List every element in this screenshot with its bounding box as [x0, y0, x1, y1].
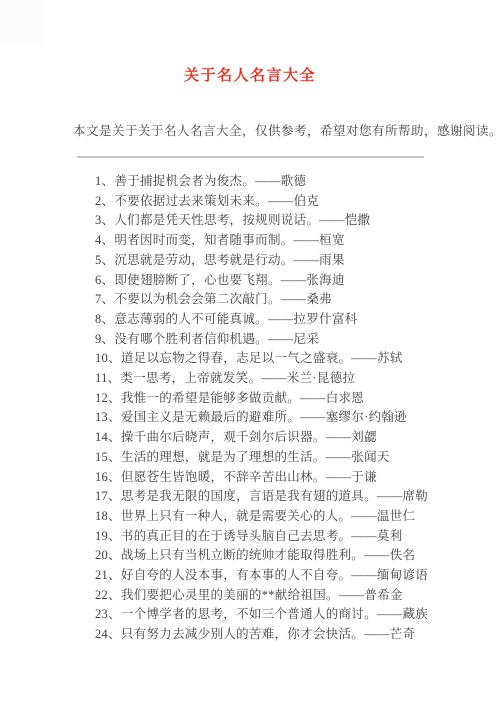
quote-item: 17、思考是我无限的国度，言语是我有翅的道具。——席勒: [95, 487, 485, 507]
quote-item: 18、世界上只有一种人，就是需要关心的人。——温世仁: [95, 507, 485, 527]
quote-item: 13、爱国主义是无赖最后的避难所。——塞缪尔·约翰逊: [95, 408, 485, 428]
quote-item: 1、善于捕捉机会者为俊杰。——歌德: [95, 172, 485, 192]
quote-item: 20、战场上只有当机立断的统帅才能取得胜利。——佚名: [95, 546, 485, 566]
quote-item: 15、生活的理想，就是为了理想的生活。——张闻天: [95, 448, 485, 468]
quote-item: 24、只有努力去减少别人的苦难，你才会快活。——芒奇: [95, 625, 485, 645]
quote-item: 8、意志薄弱的人不可能真诚。——拉罗什富科: [95, 310, 485, 330]
quote-item: 2、不要依据过去来策划未来。——伯克: [95, 192, 485, 212]
quote-item: 9、没有哪个胜利者信仰机遇。——尼采: [95, 330, 485, 350]
quote-item: 7、不要以为机会会第二次敲门。——桑弗: [95, 290, 485, 310]
quote-item: 22、我们要把心灵里的美丽的**献给祖国。——普希金: [95, 586, 485, 606]
quote-list: 1、善于捕捉机会者为俊杰。——歌德 2、不要依据过去来策划未来。——伯克 3、人…: [95, 172, 485, 645]
quote-item: 3、人们都是凭天性思考，按规则说话。——恺撒: [95, 211, 485, 231]
page-title: 关于名人名言大全: [0, 64, 500, 85]
quote-item: 21、好自夸的人没本事，有本事的人不自夸。——缅甸谚语: [95, 566, 485, 586]
quote-item: 11、类一思考，上帝就发笑。——米兰·昆德拉: [95, 369, 485, 389]
quote-item: 14、操千曲尔后晓声，观千剑尔后识器。——刘勰: [95, 428, 485, 448]
quote-item: 19、书的真正目的在于诱导头脑自己去思考。——莫利: [95, 527, 485, 547]
intro-text: 本文是关于关于名人名言大全，仅供参考，希望对您有所帮助，感谢阅读。: [73, 121, 433, 139]
document-page: 关于名人名言大全 本文是关于关于名人名言大全，仅供参考，希望对您有所帮助，感谢阅…: [0, 0, 500, 708]
corner-watermark: [0, 0, 45, 45]
quote-item: 5、沉思就是劳动，思考就是行动。——雨果: [95, 251, 485, 271]
quote-item: 4、明者因时而变，知者随事而制。——桓宽: [95, 231, 485, 251]
quote-item: 10、道足以忘物之得春，志足以一气之盛衰。——苏轼: [95, 349, 485, 369]
quote-item: 16、但愿苍生皆饱暖，不辞辛苦出山林。——于谦: [95, 468, 485, 488]
quote-item: 12、我惟一的希望是能够多做贡献。——白求恩: [95, 389, 485, 409]
quote-item: 23、一个博学者的思考，不如三个普通人的商讨。——藏族: [95, 605, 485, 625]
horizontal-divider: [77, 156, 424, 158]
quote-item: 6、即使翅膀断了，心也要飞翔。——张海迪: [95, 271, 485, 291]
